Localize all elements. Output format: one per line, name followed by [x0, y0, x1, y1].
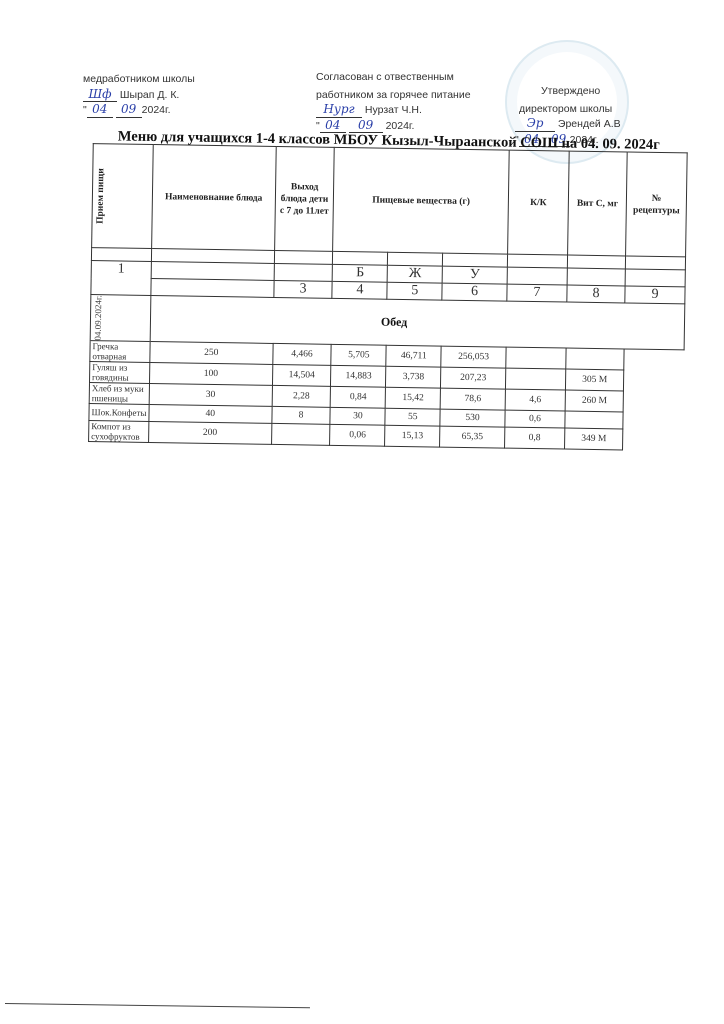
medic-role: медработником школы	[83, 72, 195, 87]
header-nutrients: Пищевые вещества (г)	[333, 147, 509, 254]
food-approval-line2: работником за горячее питание	[316, 88, 471, 103]
subheader-u: У	[442, 266, 507, 284]
director-approval-line1: Утверждено	[515, 84, 621, 99]
yield-cell: 40	[149, 405, 272, 424]
vitamin-c-cell: 0,6	[505, 411, 565, 429]
fat-cell: 0,06	[330, 425, 385, 447]
food-date-year: 2024г.	[386, 120, 415, 132]
medic-date-year: 2024г.	[142, 104, 171, 116]
dish-name-cell: Гуляш из говядины	[89, 362, 149, 384]
col-number-1: 1	[91, 261, 151, 296]
header-meal-time: Прием пищи	[92, 144, 154, 249]
medic-approval-block: медработником школы Шф Шырап Д. К. "04 0…	[83, 72, 195, 118]
fat-cell: 0,84	[331, 387, 386, 409]
yield-cell: 100	[149, 363, 272, 386]
kcal-cell: 207,23	[441, 368, 506, 390]
header-recipe-no: № рецептуры	[626, 152, 687, 257]
recipe-no-cell: 349 М	[564, 428, 623, 450]
protein-cell: 2,28	[272, 386, 331, 408]
col-number-5: 5	[387, 282, 442, 300]
medic-date-month: 09	[116, 102, 142, 118]
header-vit-c: Вит С, мг	[568, 151, 628, 256]
carbs-cell: 3,738	[386, 367, 441, 389]
col-number-6: 6	[442, 283, 507, 301]
recipe-no-cell	[565, 411, 624, 429]
food-date-day: 04	[320, 118, 346, 134]
col-number-8: 8	[567, 285, 626, 303]
vitamin-c-cell	[505, 369, 565, 391]
recipe-no-cell: 305 М	[565, 369, 624, 391]
date-label: 04.09.2024г.	[93, 295, 104, 341]
yield-cell: 250	[150, 342, 273, 365]
director-name: Эрендей А.В	[558, 118, 621, 130]
protein-cell	[271, 424, 330, 446]
header-kcal: К/К	[508, 150, 570, 255]
protein-cell: 8	[272, 407, 331, 425]
fat-cell: 5,705	[331, 345, 386, 367]
food-responsible-approval-block: Согласован с отвественным работником за …	[316, 70, 471, 133]
date-cell: 04.09.2024г.	[90, 295, 151, 342]
kcal-cell: 65,35	[440, 427, 505, 449]
protein-cell: 14,504	[272, 365, 331, 387]
col-number-3: 3	[274, 280, 333, 298]
medic-date-day: 04	[87, 102, 113, 118]
header-meal-time-label: Прием пищи	[95, 168, 108, 224]
recipe-no-cell	[566, 348, 625, 370]
recipe-no-cell: 260 М	[565, 390, 624, 412]
carbs-cell: 15,13	[385, 426, 440, 448]
vitamin-c-cell: 0,8	[504, 428, 564, 450]
kcal-cell: 78,6	[440, 389, 505, 411]
yield-cell: 30	[149, 384, 272, 407]
footer-rule	[5, 1003, 310, 1008]
fat-cell: 30	[330, 408, 385, 426]
carbs-cell: 55	[385, 409, 440, 427]
carbs-cell: 15,42	[385, 388, 440, 410]
col-number-7: 7	[507, 284, 567, 302]
yield-cell: 200	[148, 422, 271, 445]
kcal-cell: 530	[440, 410, 505, 428]
food-date-month: 09	[349, 118, 383, 134]
section-lunch: Обед	[150, 296, 685, 351]
dish-name-cell: Хлеб из муки пшеницы	[89, 383, 149, 405]
dish-name-cell: Шок.Конфеты	[89, 404, 149, 422]
vitamin-c-cell: 4,6	[505, 390, 565, 412]
header-yield: Выход блюда дети с 7 до 11лет	[274, 146, 334, 251]
food-signature: Нург	[316, 102, 362, 118]
carbs-cell: 46,711	[386, 346, 441, 368]
header-row: Прием пищи Наименовнание блюда Выход блю…	[92, 144, 688, 257]
director-approval-line2: директором школы	[515, 102, 621, 117]
fat-cell: 14,883	[331, 366, 386, 388]
subheader-b: Б	[333, 264, 388, 282]
col-number-4: 4	[332, 281, 387, 299]
header-dish-name: Наименовнание блюда	[152, 145, 276, 251]
kcal-cell: 256,053	[441, 347, 506, 369]
protein-cell: 4,466	[272, 344, 331, 366]
food-approval-line1: Согласован с отвественным	[316, 70, 471, 85]
medic-signature: Шф	[83, 87, 117, 103]
vitamin-c-cell	[506, 348, 566, 370]
subheader-zh: Ж	[387, 265, 442, 283]
menu-table: Прием пищи Наименовнание блюда Выход блю…	[88, 143, 688, 452]
dish-name-cell: Гречка отварная	[90, 341, 150, 363]
dish-name-cell: Компот из сухофруктов	[89, 421, 149, 443]
medic-name: Шырап Д. К.	[120, 89, 179, 101]
col-number-9: 9	[625, 286, 685, 304]
director-signature: Эр	[515, 116, 555, 132]
food-responsible-name: Нурзат Ч.Н.	[365, 104, 422, 116]
